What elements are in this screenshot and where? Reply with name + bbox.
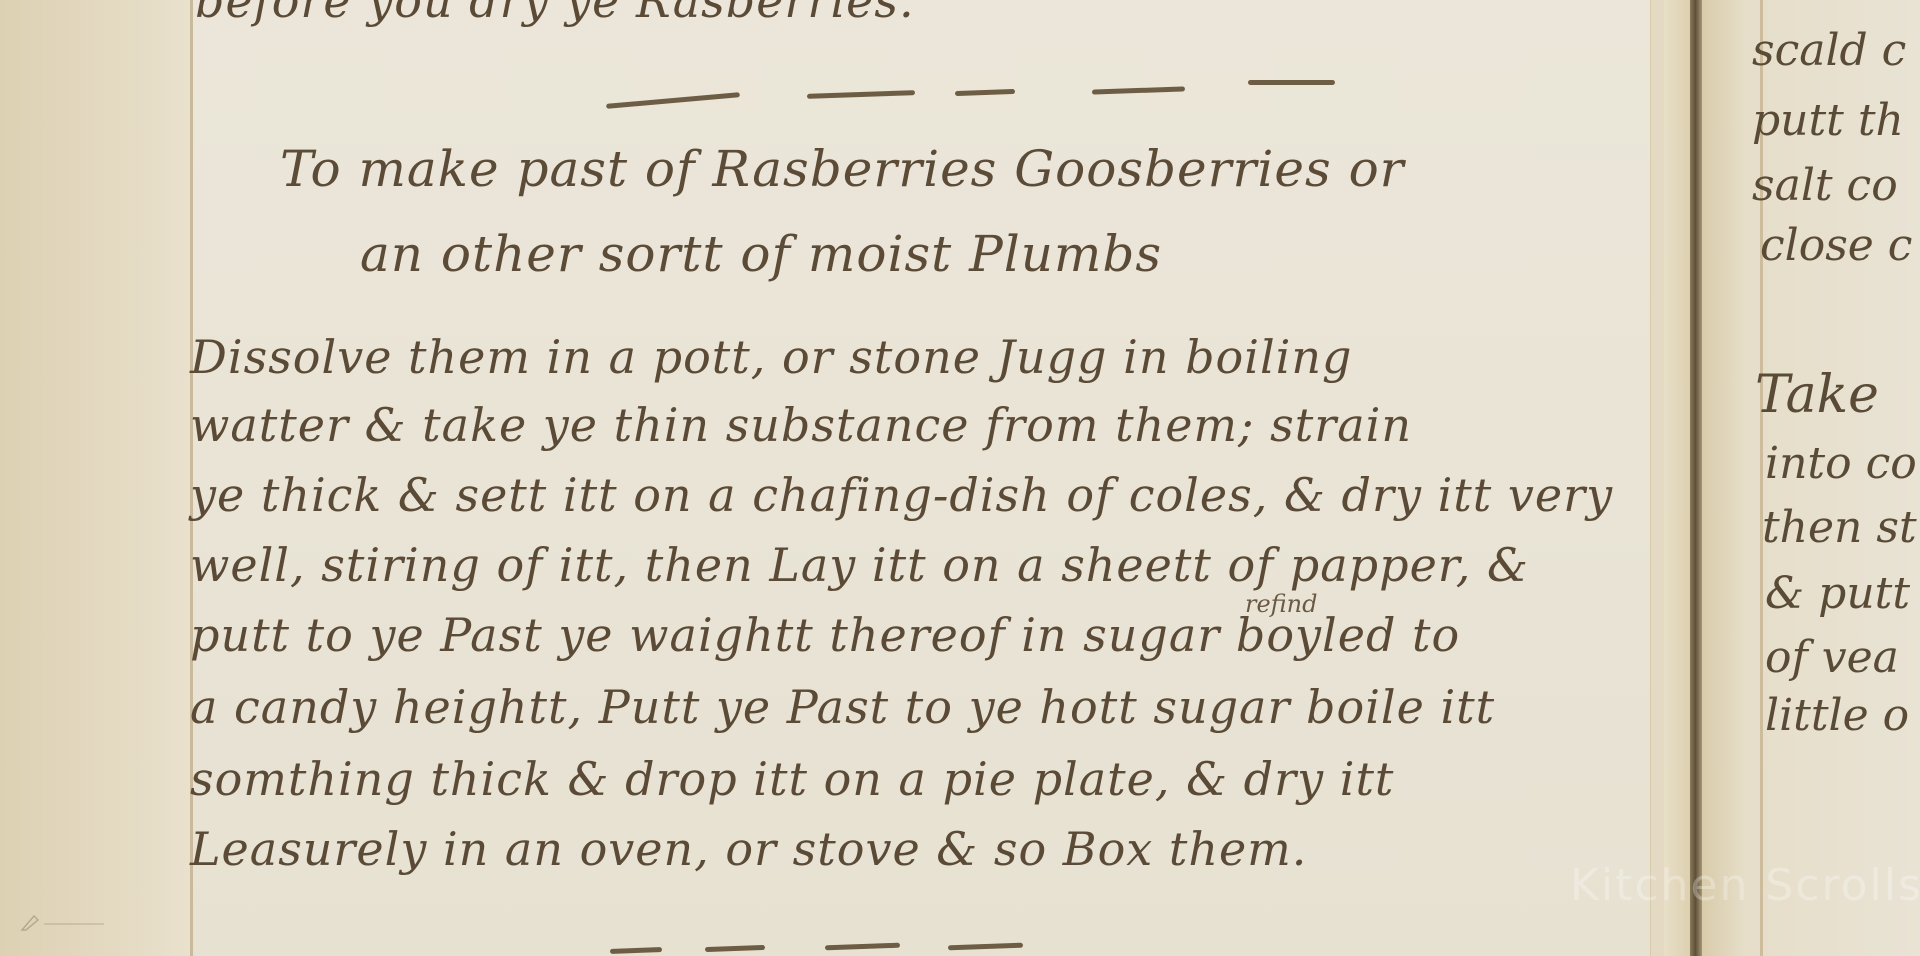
separator-dash (1248, 80, 1335, 85)
recipe-body-line: watter & take ye thin substance from the… (190, 398, 1412, 452)
right-page-fragment: then st (1762, 502, 1917, 553)
right-page-fragment: salt co (1752, 160, 1898, 211)
recipe-title-line-1: To make past of Rasberries Goosberries o… (280, 140, 1405, 198)
recipe-body-line: well, stiring of itt, then Lay itt on a … (190, 538, 1529, 592)
page-edge (1650, 0, 1665, 956)
right-page-fragment: scald c (1752, 25, 1906, 76)
pen-logo-icon (18, 912, 108, 932)
right-page-fragment: putt th (1752, 95, 1904, 146)
recipe-body-line: ye thick & sett itt on a chafing-dish of… (190, 468, 1613, 522)
watermark-text: Kitchen Scrolls (1570, 860, 1920, 911)
right-page-fragment: into co (1765, 438, 1917, 489)
right-page-fragment: Take (1755, 365, 1879, 425)
outer-page-margin (0, 0, 190, 956)
book-gutter (1690, 0, 1702, 956)
recipe-body-line: Leasurely in an oven, or stove & so Box … (190, 822, 1307, 876)
interlinear-insertion: refind (1245, 590, 1318, 618)
right-page-fragment: little o (1765, 690, 1909, 741)
right-page-fragment: of vea (1765, 632, 1899, 683)
recipe-body-line: Dissolve them in a pott, or stone Jugg i… (190, 330, 1352, 384)
right-page-fragment: & putt (1765, 568, 1910, 619)
recipe-body-line: somthing thick & drop itt on a pie plate… (190, 752, 1394, 806)
recipe-title-line-2: an other sortt of moist Plumbs (360, 225, 1162, 283)
right-page-fragment: close c (1760, 220, 1912, 271)
page-edge (1664, 0, 1690, 956)
previous-recipe-tail: before you dry ye Rasberries. (195, 0, 915, 28)
recipe-body-line: a candy heightt, Putt ye Past to ye hott… (190, 680, 1495, 734)
